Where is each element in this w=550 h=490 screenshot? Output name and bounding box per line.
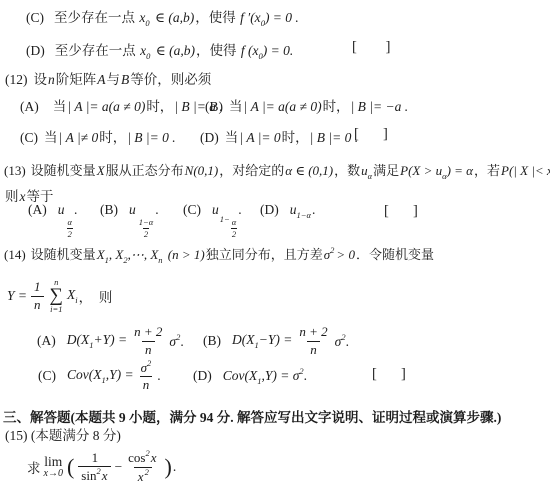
- math-text: | B |= 0 .: [309, 130, 359, 145]
- sub-fraction: α2: [231, 217, 237, 239]
- option-label: (C): [26, 10, 44, 25]
- math-text: u: [290, 202, 297, 217]
- q12-option-b: (B)当| A |= a(a ≠ 0)时，| B |= −a .: [205, 95, 409, 115]
- math-text: −Y) =: [259, 332, 293, 347]
- math-sigma-sq: σ2: [323, 247, 336, 262]
- option-label: (B): [203, 333, 221, 349]
- answer-bracket-q12: [ ]: [354, 126, 389, 143]
- cn-text: 等价，则必须: [130, 72, 211, 87]
- cn-text: 设随机变量: [31, 247, 96, 262]
- q13-option-a: (A)uα2.: [28, 202, 77, 239]
- math-text: x: [150, 450, 158, 465]
- math-var-x: x0: [139, 43, 151, 58]
- q12-stem: (12)设n阶矩阵A与B等价，则必须: [5, 68, 211, 88]
- q13-option-b: (B)u1−α2.: [100, 202, 159, 239]
- answer-bracket-q11: [ ]: [352, 39, 391, 56]
- q14-option-d: (D) Cov(X1,Y) = σ2.: [193, 359, 308, 393]
- cn-text: 至少存在一点: [54, 10, 135, 25]
- math-text: | B |= 0 .: [126, 130, 176, 145]
- denominator: n: [31, 296, 44, 313]
- numerator: 1−α: [138, 217, 154, 228]
- sub-fraction: α2: [67, 217, 73, 239]
- denominator: n: [307, 341, 320, 358]
- math-rhs: σ2.: [168, 333, 184, 350]
- math-text: ∈ (a,b): [154, 10, 195, 25]
- cn-text: 则: [5, 189, 19, 204]
- cn-text: 设: [34, 72, 48, 87]
- denominator: sin2x: [78, 466, 111, 484]
- cn-text: 当: [225, 130, 239, 145]
- cn-text: 时，: [323, 99, 350, 114]
- subscript: α: [368, 171, 372, 181]
- fraction: 1n: [31, 279, 44, 313]
- denominator: 2: [67, 228, 73, 240]
- cn-text: 阶矩阵: [56, 72, 97, 87]
- q12-option-c: (C)当| A |≠ 0时，| B |= 0 .: [20, 126, 177, 146]
- math-text: u: [211, 202, 220, 217]
- math-fx: f (x0) = 0.: [240, 43, 294, 58]
- sum-lower: i=1: [50, 305, 62, 314]
- math-text: u: [57, 202, 66, 217]
- q15-number: (15) (本题满分 8 分): [5, 424, 121, 444]
- sigma-icon: ∑: [50, 287, 64, 305]
- cn-text: 当: [53, 99, 67, 114]
- summation: n∑i=1: [50, 278, 64, 313]
- math-var-x: x0: [138, 10, 150, 25]
- math-text: x: [19, 189, 27, 204]
- q13-stem: (13)设随机变量X服从正态分布N(0,1)，对给定的α ∈ (0,1)，数uα…: [4, 160, 550, 181]
- numerator: σ2: [138, 359, 155, 376]
- math-text: f ′(x: [240, 10, 261, 25]
- math-text: | A |= a(a ≠ 0): [66, 99, 146, 114]
- math-prob1: P(X > uα) = α: [399, 163, 474, 178]
- fraction: n + 2n: [131, 324, 165, 358]
- math-fx: f ′(x0) = 0 .: [239, 10, 300, 25]
- q14-formula-y: Y = 1n n∑i=1 Xi ， 则: [6, 276, 112, 316]
- q15-formula: 求 limx→0 ( 1sin2x − cos2xx2 ) .: [27, 445, 176, 489]
- numerator: n + 2: [131, 324, 165, 340]
- option-label: (A): [20, 99, 39, 114]
- option-label: (B): [205, 99, 223, 114]
- math-text: D(X: [67, 332, 90, 347]
- math-text: x: [137, 469, 145, 484]
- right-paren: ): [163, 454, 172, 480]
- question-number: (14): [4, 247, 26, 262]
- math-text: D(X: [232, 332, 255, 347]
- math-text: u: [128, 202, 137, 217]
- answer-bracket-q14: [ ]: [372, 366, 407, 383]
- cn-text: ， 则: [79, 286, 113, 306]
- numerator: α: [231, 217, 237, 228]
- math-text: sin: [81, 468, 96, 483]
- option-label: (A): [28, 202, 47, 217]
- period: .: [304, 368, 307, 383]
- fraction: σ2n: [138, 359, 155, 394]
- math-text: cos: [128, 450, 145, 465]
- numerator: n + 2: [296, 324, 330, 340]
- option-label: (A): [37, 333, 56, 349]
- period: .: [173, 459, 176, 475]
- math-rhs: σ2.: [334, 333, 350, 350]
- denominator: 2: [143, 228, 149, 240]
- math-text: (n > 1): [167, 247, 206, 262]
- cn-text: 服从正态分布: [106, 163, 184, 178]
- fraction: 1sin2x: [78, 450, 111, 485]
- limit-approach: x→0: [44, 469, 63, 480]
- math-text: ,Y) =: [106, 367, 134, 382]
- q12-option-a: (A)当| A |= a(a ≠ 0)时，| B |= a .: [20, 95, 224, 115]
- left-paren: (: [66, 454, 75, 480]
- math-text: Cov(X: [67, 367, 102, 382]
- subscript: 0: [146, 51, 150, 61]
- math-lhs: Cov(X1,Y) = σ2.: [222, 367, 308, 386]
- math-text: X: [96, 163, 106, 178]
- superscript: 2: [330, 245, 334, 255]
- denominator: 2: [231, 228, 237, 240]
- period: .: [74, 202, 77, 217]
- cn-text: 时，: [282, 130, 309, 145]
- q13-option-c: (C)u1−α2.: [183, 202, 242, 239]
- q14-option-c: (C) Cov(X1,Y) = σ2n .: [38, 359, 161, 393]
- math-text: f (x: [241, 43, 259, 58]
- answer-bracket-q13: [ ]: [384, 203, 419, 220]
- math-text: > 0: [335, 247, 356, 262]
- section3-heading: 三、解答题(本题共 9 小题，满分 94 分. 解答应写出文字说明、证明过程或演…: [3, 406, 501, 426]
- math-text: X: [97, 247, 105, 262]
- exam-page: (C)至少存在一点 x0 ∈ (a,b)，使得 f ′(x0) = 0 . (D…: [0, 0, 550, 490]
- math-xi: Xi: [66, 287, 79, 305]
- period: .: [238, 202, 241, 217]
- period: .: [312, 202, 315, 217]
- math-u-alpha: uα: [360, 163, 373, 178]
- cn-text: 设随机变量: [31, 163, 96, 178]
- math-text: ) = 0.: [263, 43, 293, 58]
- option-label: (D): [193, 368, 212, 384]
- limit: limx→0: [44, 455, 63, 480]
- cn-text: 时，: [99, 130, 126, 145]
- period: .: [155, 202, 158, 217]
- subscript: n: [158, 255, 162, 265]
- superscript: 2: [147, 358, 151, 368]
- cn-text: ，使得: [195, 10, 236, 25]
- option-label: (C): [20, 130, 38, 145]
- math-text: ) = α: [447, 163, 473, 178]
- option-label: (D): [260, 202, 279, 217]
- period: .: [180, 334, 183, 349]
- q13-option-d: (D)u1−α.: [260, 202, 315, 220]
- math-text: ,⋯, X: [128, 247, 159, 262]
- limit-word: lim: [44, 455, 62, 469]
- numerator: cos2x: [125, 449, 160, 466]
- cn-text: 当: [229, 99, 243, 114]
- sub-fraction: 1−α2: [138, 217, 154, 239]
- math-lhs: D(X1−Y) =: [231, 332, 293, 350]
- subscript-prefix: 1−: [220, 214, 230, 224]
- numerator: 1: [31, 279, 44, 295]
- q14-option-a: (A) D(X1+Y) = n + 2n σ2.: [37, 325, 185, 357]
- cn-text: ，对给定的: [219, 163, 284, 178]
- cn-text: 当: [44, 130, 58, 145]
- option-label: (C): [183, 202, 201, 217]
- numerator: α: [67, 217, 73, 228]
- math-text: Cov(X: [223, 368, 258, 383]
- denominator: n: [140, 376, 153, 393]
- option-label: (D): [200, 130, 219, 145]
- math-text: +Y) =: [94, 332, 128, 347]
- math-text: Y =: [6, 288, 28, 304]
- q11-option-d: (D)至少存在一点 x0 ∈ (a,b)，使得 f (x0) = 0.: [26, 39, 294, 61]
- cn-text: 独立同分布，且方差: [206, 247, 323, 262]
- math-text: B: [120, 72, 130, 87]
- math-text: x: [101, 468, 109, 483]
- subscript: 1−α: [297, 210, 311, 220]
- math-u: u1−α: [289, 202, 312, 217]
- q12-option-d: (D)当| A |= 0时，| B |= 0 .: [200, 126, 359, 146]
- fraction: n + 2n: [296, 324, 330, 358]
- period: .: [346, 334, 349, 349]
- question-number: (13): [4, 163, 26, 178]
- cn-text: ，若: [474, 163, 500, 178]
- fraction: cos2xx2: [125, 449, 160, 485]
- denominator: n: [142, 341, 155, 358]
- q14-stem: (14)设随机变量X1, X2,⋯, Xn (n > 1)独立同分布，且方差σ2…: [4, 244, 434, 265]
- cn-text: 满足: [373, 163, 399, 178]
- math-seq: X1, X2,⋯, Xn: [96, 247, 164, 262]
- option-label: (C): [38, 368, 56, 384]
- question-number: (12): [5, 72, 28, 87]
- period: .: [157, 368, 160, 384]
- cn-text: 时，: [146, 99, 173, 114]
- math-prob2: P(| X |< x) = α: [500, 163, 550, 178]
- math-text: ,Y) = σ: [262, 368, 300, 383]
- math-text: P(X > u: [400, 163, 442, 178]
- subscript: i: [75, 295, 77, 305]
- superscript: 2: [145, 467, 149, 477]
- math-text: , X: [109, 247, 123, 262]
- math-text: A: [96, 72, 106, 87]
- cn-text: 与: [107, 72, 121, 87]
- option-label: (B): [100, 202, 118, 217]
- q14-option-b: (B) D(X1−Y) = n + 2n σ2.: [203, 325, 350, 357]
- math-text: n: [47, 72, 56, 87]
- cn-text: ，数: [334, 163, 360, 178]
- math-text: ∈ (a,b): [155, 43, 196, 58]
- math-text: N(0,1): [184, 163, 220, 178]
- math-lhs: Cov(X1,Y) =: [66, 367, 135, 385]
- cn-text: ．令随机变量: [356, 247, 434, 262]
- cn-text: 至少存在一点: [55, 43, 136, 58]
- math-text: | A |≠ 0: [58, 130, 100, 145]
- math-text: | A |= 0: [238, 130, 281, 145]
- math-text: ) = 0 .: [265, 10, 299, 25]
- subscript: 0: [145, 18, 149, 28]
- cn-text: 求: [27, 457, 41, 477]
- denominator: x2: [134, 467, 152, 485]
- option-label: (D): [26, 43, 45, 58]
- q11-option-c: (C)至少存在一点 x0 ∈ (a,b)，使得 f ′(x0) = 0 .: [26, 6, 300, 28]
- cn-text: ，使得: [196, 43, 237, 58]
- math-text: | B |= −a .: [350, 99, 410, 114]
- minus-sign: −: [114, 459, 122, 475]
- math-text: α ∈ (0,1): [284, 163, 334, 178]
- math-text: | A |= a(a ≠ 0): [243, 99, 323, 114]
- math-lhs: D(X1+Y) =: [66, 332, 128, 350]
- numerator: 1: [89, 450, 102, 466]
